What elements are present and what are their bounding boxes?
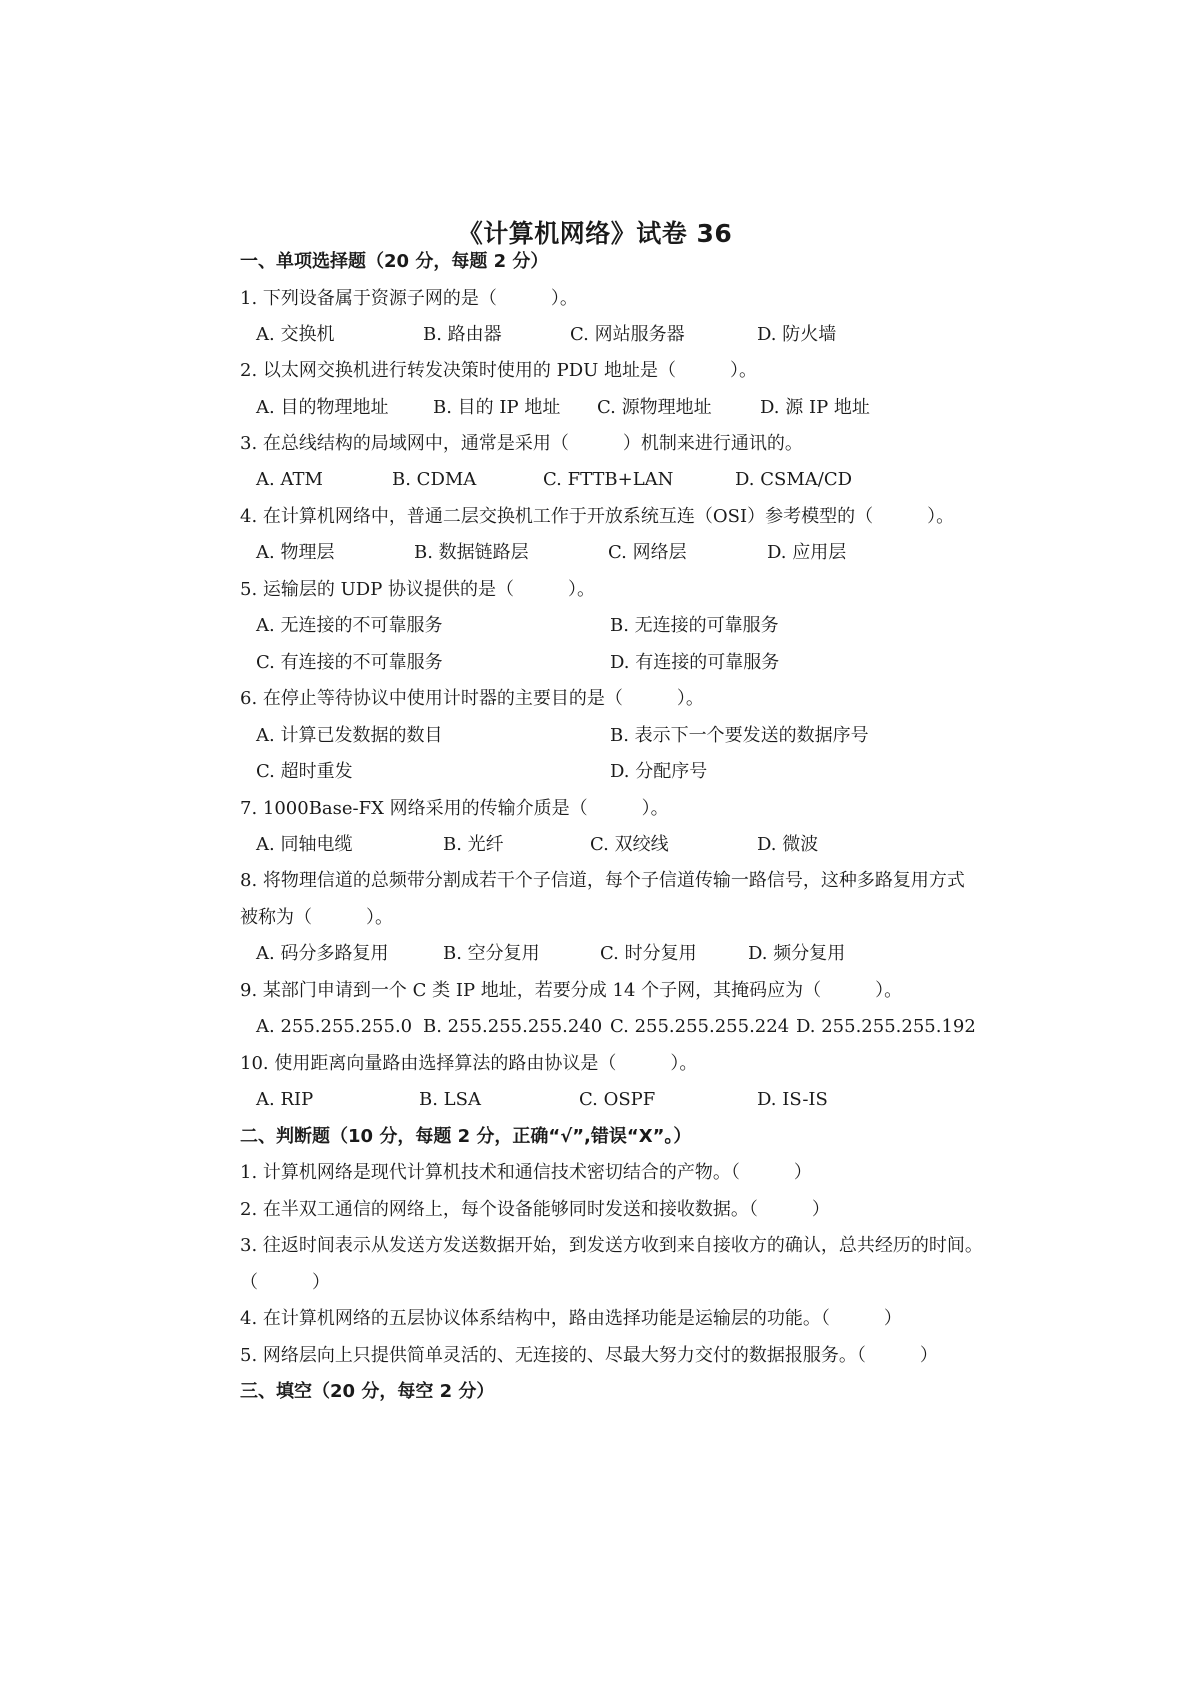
judgment-item: 3. 往返时间表示从发送方发送数据开始，到发送方收到来自接收方的确认，总共经历的… [240,1234,983,1258]
page-title: 《计算机网络》试卷 36 [0,214,1190,250]
option: A. 无连接的不可靠服务 [256,614,442,638]
option: A. ATM [256,468,323,492]
option: C. 网站服务器 [570,323,685,347]
option: C. 源物理地址 [597,396,712,420]
option: B. 无连接的可靠服务 [610,614,779,638]
option: A. RIP [256,1088,313,1112]
option: D. 频分复用 [748,942,845,966]
option: A. 目的物理地址 [256,396,388,420]
option: D. 应用层 [767,541,846,565]
option: C. 有连接的不可靠服务 [256,651,443,675]
question-stem: 9. 某部门申请到一个 C 类 IP 地址，若要分成 14 个子网，其掩码应为（… [240,979,902,1003]
question-stem: 5. 运输层的 UDP 协议提供的是（ ）。 [240,578,595,602]
option: B. CDMA [392,468,476,492]
option: A. 计算已发数据的数目 [256,724,442,748]
option: C. FTTB+LAN [543,468,673,492]
question-stem: 3. 在总线结构的局域网中，通常是采用（ ）机制来进行通讯的。 [240,432,803,456]
option: D. 255.255.255.192 [796,1015,976,1039]
question-stem: 2. 以太网交换机进行转发决策时使用的 PDU 地址是（ ）。 [240,359,757,383]
option: A. 物理层 [256,541,334,565]
question-stem-continued: 被称为（ ）。 [240,906,393,930]
judgment-item: 5. 网络层向上只提供简单灵活的、无连接的、尽最大努力交付的数据报服务。（ ） [240,1344,938,1368]
section2-heading: 二、判断题（10 分，每题 2 分，正确“√”,错误“X”。） [240,1125,691,1149]
option: D. CSMA/CD [735,468,852,492]
option: C. 255.255.255.224 [610,1015,789,1039]
question-stem: 6. 在停止等待协议中使用计时器的主要目的是（ ）。 [240,687,704,711]
option: A. 同轴电缆 [256,833,352,857]
judgment-item: 4. 在计算机网络的五层协议体系结构中，路由选择功能是运输层的功能。（ ） [240,1307,902,1331]
judgment-item-continued: （ ） [240,1271,330,1295]
option: D. IS-IS [757,1088,828,1112]
question-stem: 4. 在计算机网络中，普通二层交换机工作于开放系统互连（OSI）参考模型的（ ）… [240,505,954,529]
option: B. 数据链路层 [414,541,529,565]
option: A. 交换机 [256,323,334,347]
option: B. 表示下一个要发送的数据序号 [610,724,869,748]
question-stem: 10. 使用距离向量路由选择算法的路由协议是（ ）。 [240,1052,697,1076]
option: B. 路由器 [423,323,502,347]
option: D. 有连接的可靠服务 [610,651,779,675]
question-stem: 1. 下列设备属于资源子网的是（ ）。 [240,287,578,311]
section1-heading: 一、单项选择题（20 分，每题 2 分） [240,250,548,274]
option: D. 微波 [757,833,818,857]
option: C. 时分复用 [600,942,697,966]
option: A. 255.255.255.0 [256,1015,412,1039]
option: D. 分配序号 [610,760,707,784]
option: B. 255.255.255.240 [423,1015,602,1039]
section3-heading: 三、填空（20 分，每空 2 分） [240,1380,494,1404]
option: C. 双绞线 [590,833,669,857]
option: B. 光纤 [443,833,504,857]
exam-page: 《计算机网络》试卷 36 一、单项选择题（20 分，每题 2 分） 1. 下列设… [0,0,1190,1683]
option: D. 防火墙 [757,323,836,347]
option: C. OSPF [579,1088,655,1112]
option: D. 源 IP 地址 [760,396,870,420]
option: B. 空分复用 [443,942,540,966]
option: A. 码分多路复用 [256,942,388,966]
option: C. 网络层 [608,541,687,565]
option: B. 目的 IP 地址 [433,396,560,420]
option: B. LSA [419,1088,481,1112]
option: C. 超时重发 [256,760,353,784]
judgment-item: 2. 在半双工通信的网络上，每个设备能够同时发送和接收数据。（ ） [240,1198,830,1222]
question-stem: 7. 1000Base-FX 网络采用的传输介质是（ ）。 [240,797,669,821]
question-stem: 8. 将物理信道的总频带分割成若干个子信道，每个子信道传输一路信号，这种多路复用… [240,869,965,893]
judgment-item: 1. 计算机网络是现代计算机技术和通信技术密切结合的产物。（ ） [240,1161,812,1185]
